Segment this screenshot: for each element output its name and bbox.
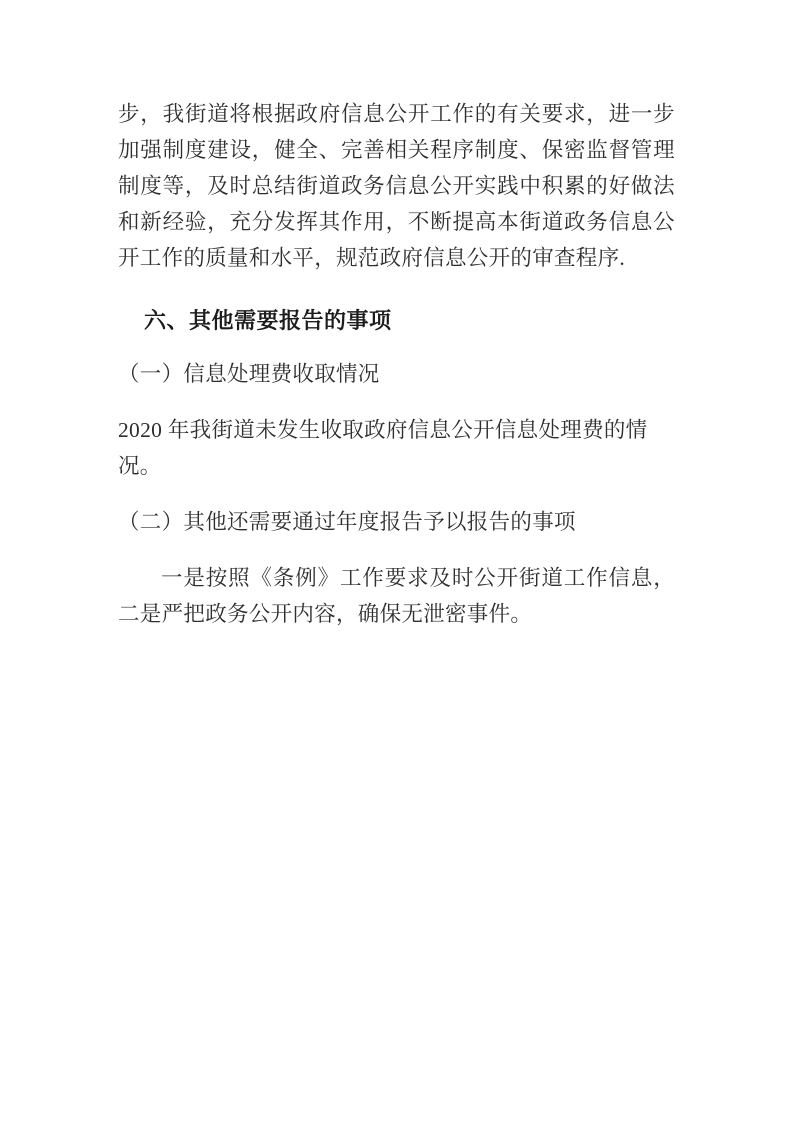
item-1-heading: （一）信息处理费收取情况: [118, 356, 675, 392]
document-page: 步，我街道将根据政府信息公开工作的有关要求，进一步加强制度建设，健全、完善相关程…: [0, 0, 793, 1122]
item-2-heading: （二）其他还需要通过年度报告予以报告的事项: [118, 504, 675, 540]
item-2-body: 一是按照《条例》工作要求及时公开街道工作信息，二是严把政务公开内容，确保无泄密事…: [118, 560, 675, 632]
item-1-body: 2020 年我街道未发生收取政府信息公开信息处理费的情况。: [118, 412, 675, 484]
continuation-paragraph: 步，我街道将根据政府信息公开工作的有关要求，进一步加强制度建设，健全、完善相关程…: [118, 96, 675, 276]
section-heading: 六、其他需要报告的事项: [118, 306, 675, 336]
